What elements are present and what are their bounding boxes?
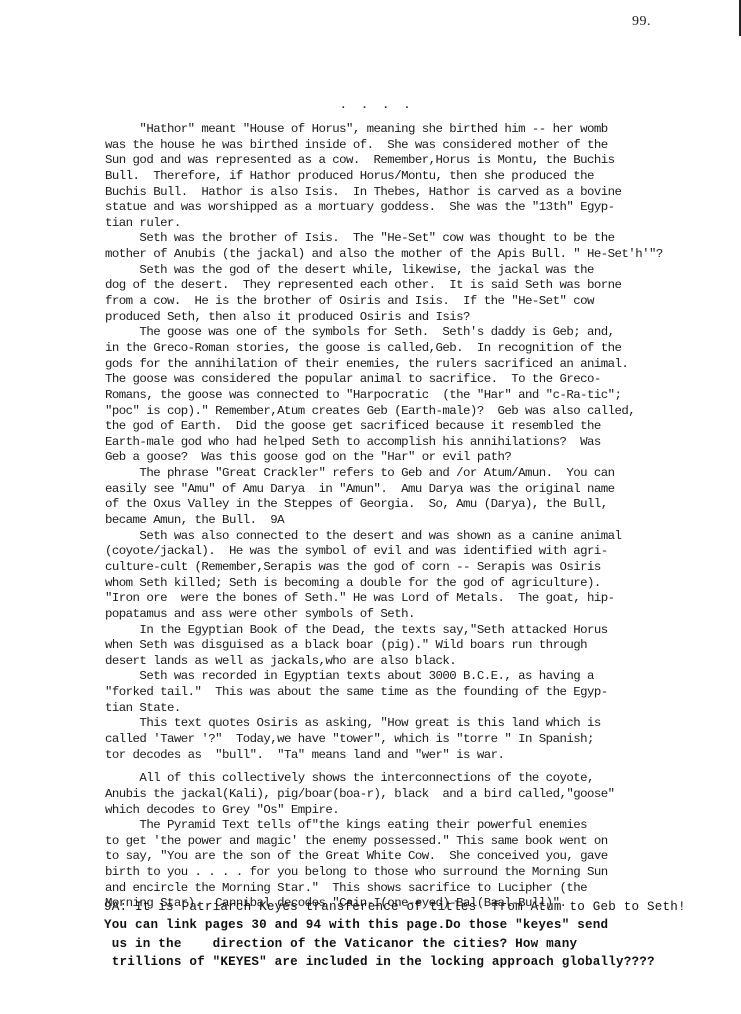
text-line: to get 'the power and magic' the enemy p… [105,834,735,850]
text-line: This text quotes Osiris as asking, "How … [105,716,735,732]
text-line: "Iron ore were the bones of Seth." He wa… [105,591,735,607]
text-line: The goose was considered the popular ani… [105,372,735,388]
text-line: became Amun, the Bull. 9A [105,513,735,529]
text-line: called 'Tawer '?" Today,we have "tower",… [105,732,735,748]
text-line: and encircle the Morning Star." This sho… [105,881,735,897]
text-line: was the house he was birthed inside of. … [105,138,735,154]
text-line: in the Greco-Roman stories, the goose is… [105,341,735,357]
text-line: mother of Anubis (the jackal) and also t… [105,247,735,263]
text-line: culture-cult (Remember,Serapis was the g… [105,560,735,576]
text-line: Anubis the jackal(Kali), pig/boar(boa-r)… [105,787,735,803]
text-line: tor decodes as "bull". "Ta" means land a… [105,748,735,764]
text-line: "poc" is cop)." Remember,Atum creates Ge… [105,404,735,420]
text-line: whom Seth killed; Seth is becoming a dou… [105,576,735,592]
footnote-line: trillions of "KEYES" are included in the… [104,953,741,971]
text-line: the god of Earth. Did the goose get sacr… [105,419,735,435]
text-line: All of this collectively shows the inter… [105,771,735,787]
text-line: produced Seth, then also it produced Osi… [105,310,735,326]
text-line: Seth was recorded in Egyptian texts abou… [105,669,735,685]
text-line: tian State. [105,701,735,717]
footnote-line: us in the direction of the Vaticanor the… [104,935,741,953]
text-line: which decodes to Grey "Os" Empire. [105,803,735,819]
footnote-9a: 9A: It is Patriarch Keyes transference o… [104,898,741,972]
text-line: Seth was the brother of Isis. The "He-Se… [105,231,735,247]
text-line: The phrase "Great Crackler" refers to Ge… [105,466,735,482]
text-line: gods for the annihilation of their enemi… [105,357,735,373]
text-line: In the Egyptian Book of the Dead, the te… [105,623,735,639]
text-line: (coyote/jackal). He was the symbol of ev… [105,544,735,560]
document-page: 99. . . . . "Hathor" meant "House of Hor… [0,0,741,1014]
text-line: "Hathor" meant "House of Horus", meaning… [105,122,735,138]
footnote-line: You can link pages 30 and 94 with this p… [104,916,741,934]
text-line: The goose was one of the symbols for Set… [105,325,735,341]
text-line: Seth was the god of the desert while, li… [105,263,735,279]
paragraph-gap [105,763,735,771]
text-line: easily see "Amu" of Amu Darya in "Amun".… [105,482,735,498]
text-line: birth to you . . . . for you belong to t… [105,865,735,881]
text-line: statue and was worshipped as a mortuary … [105,200,735,216]
text-line: Bull. Therefore, if Hathor produced Horu… [105,169,735,185]
text-line: desert lands as well as jackals,who are … [105,654,735,670]
body-text: "Hathor" meant "House of Horus", meaning… [105,122,735,912]
text-line: Earth-male god who had helped Seth to ac… [105,435,735,451]
text-line: Sun god and was represented as a cow. Re… [105,153,735,169]
text-line: when Seth was disguised as a black boar … [105,638,735,654]
text-line: Romans, the goose was connected to "Harp… [105,388,735,404]
text-line: Buchis Bull. Hathor is also Isis. In The… [105,185,735,201]
text-line: "forked tail." This was about the same t… [105,685,735,701]
text-line: Geb a goose? Was this goose god on the "… [105,450,735,466]
text-line: to say, "You are the son of the Great Wh… [105,849,735,865]
footnote-line: 9A: It is Patriarch Keyes transference o… [104,898,741,916]
text-line: of the Oxus Valley in the Steppes of Geo… [105,497,735,513]
text-line: The Pyramid Text tells of"the kings eati… [105,818,735,834]
text-line: tian ruler. [105,216,735,232]
page-number: 99. [632,14,651,30]
text-line: dog of the desert. They represented each… [105,278,735,294]
section-separator: . . . . [340,100,414,112]
text-line: popatamus and ass were other symbols of … [105,607,735,623]
text-line: Seth was also connected to the desert an… [105,529,735,545]
text-line: from a cow. He is the brother of Osiris … [105,294,735,310]
